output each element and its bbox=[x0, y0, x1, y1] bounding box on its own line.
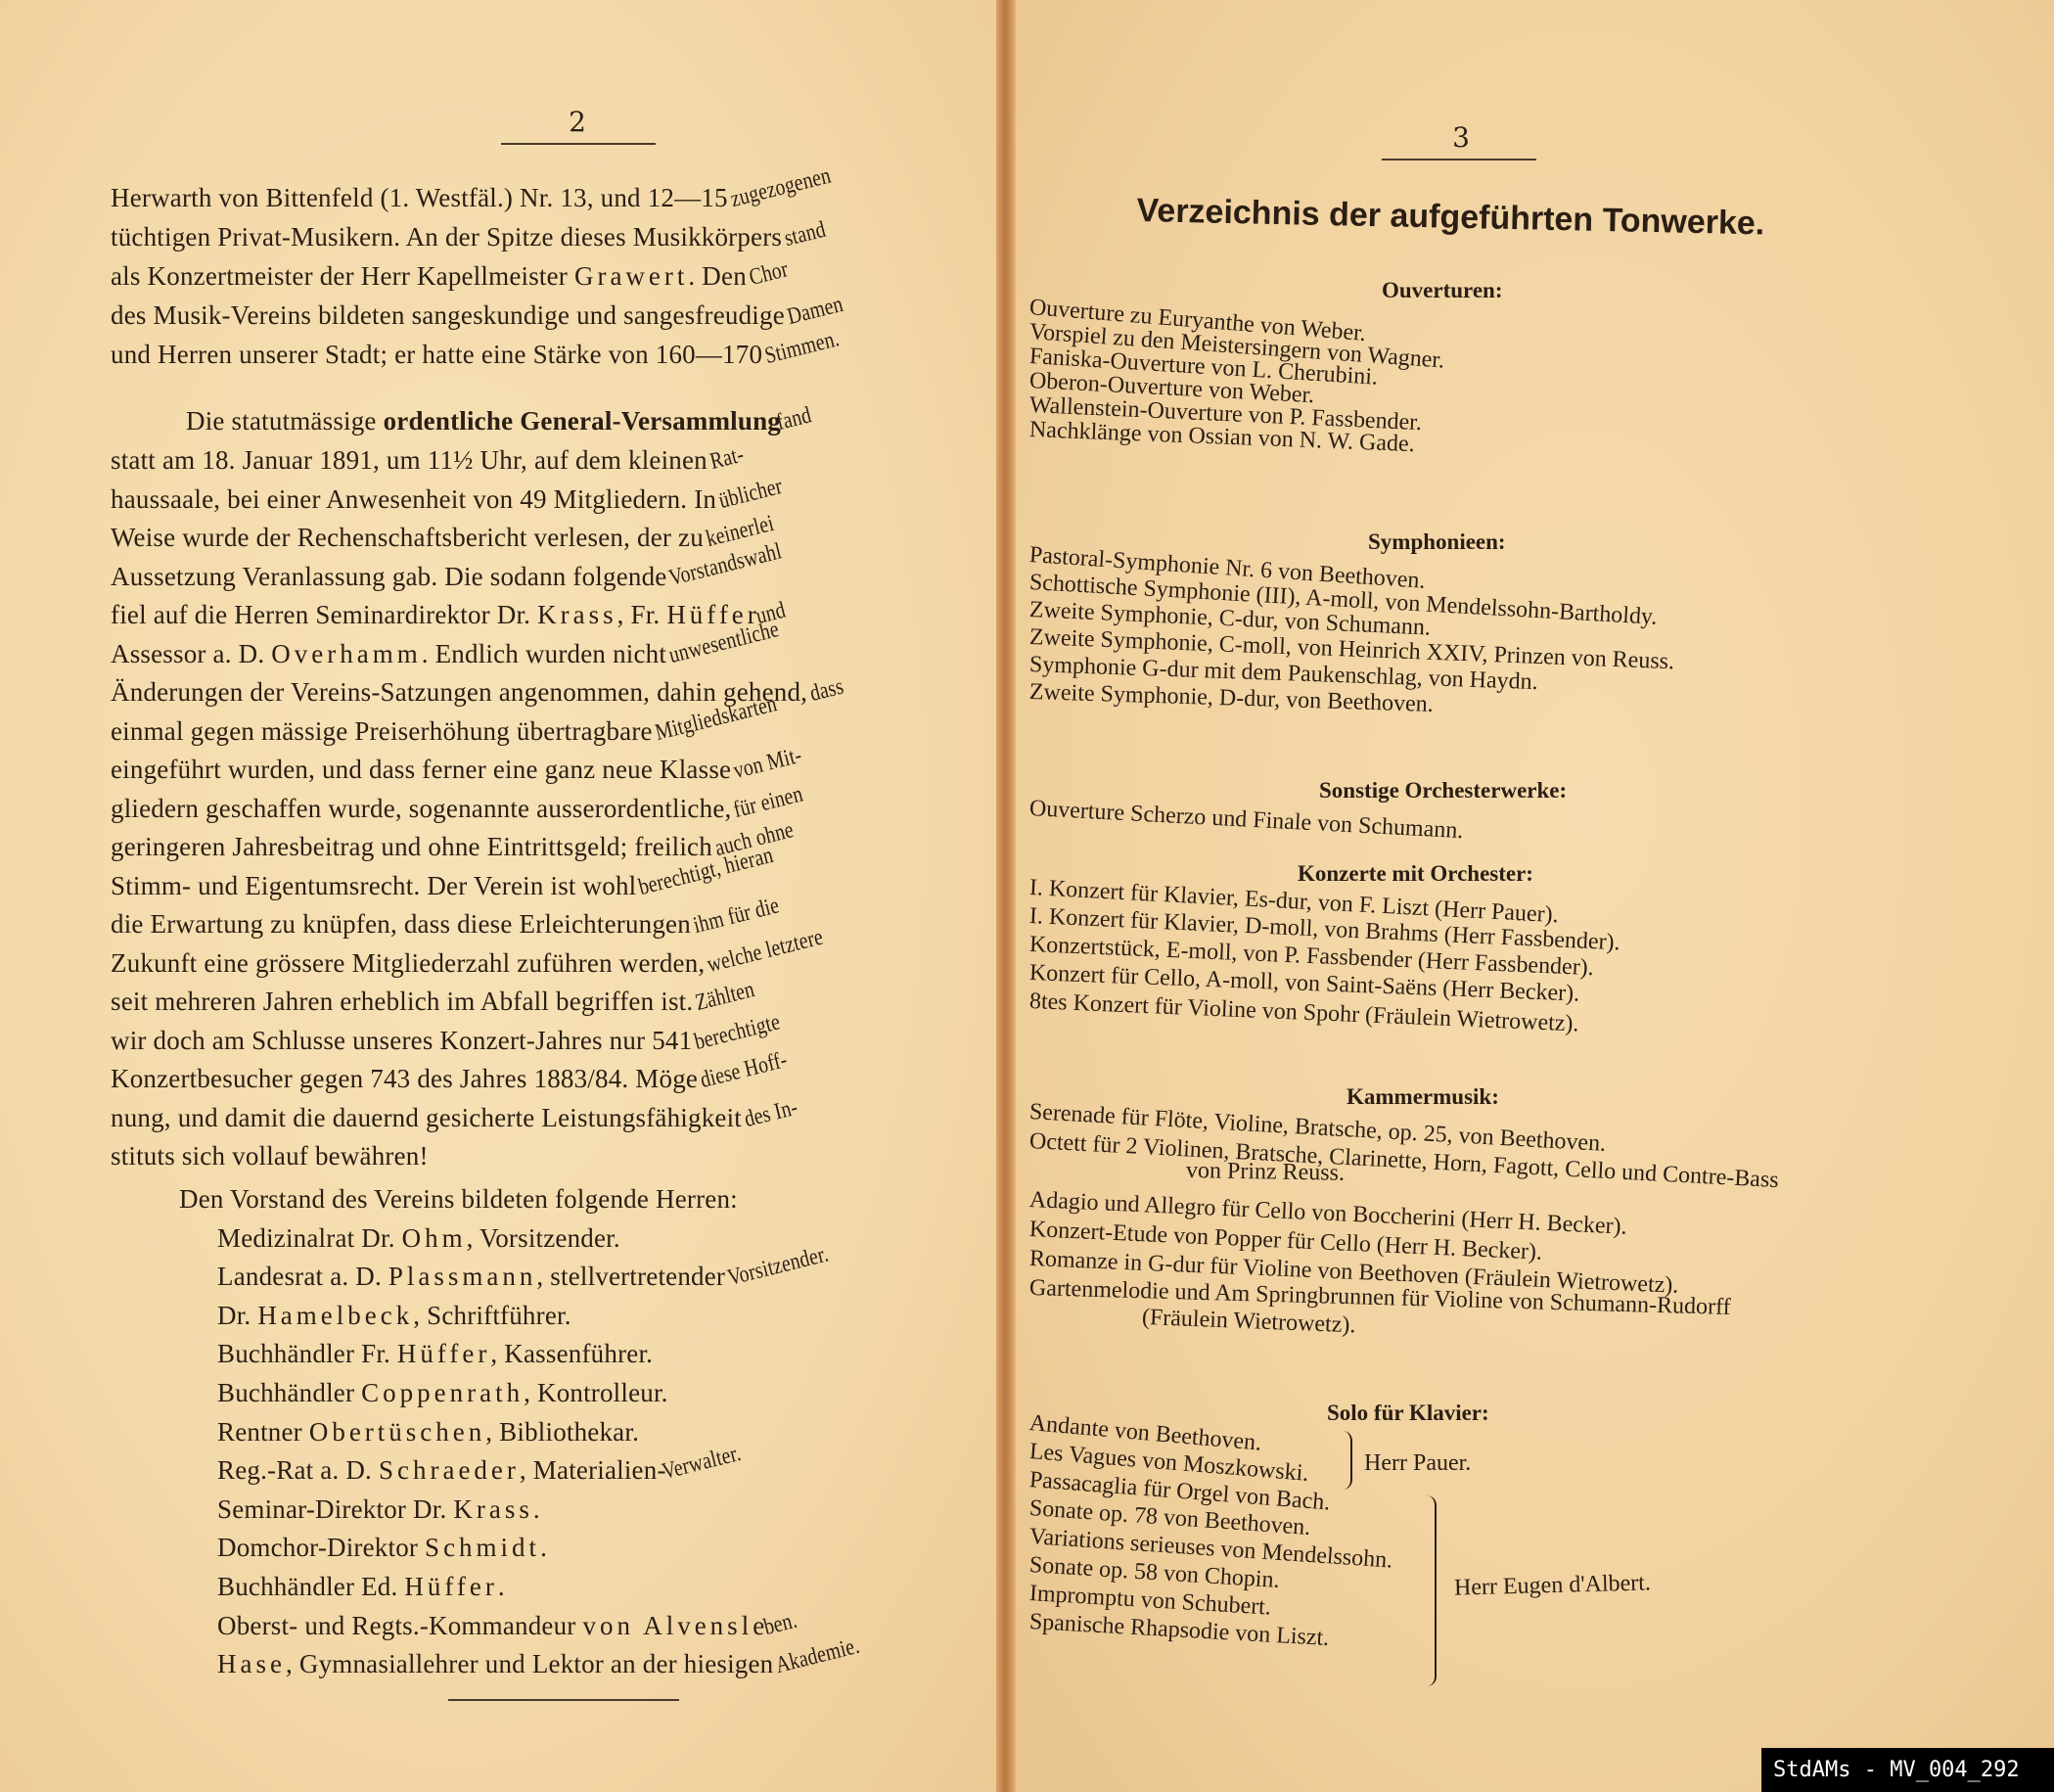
section-heading: Konzerte mit Orchester: bbox=[1298, 861, 1533, 887]
text-run: , Kontrolleur. bbox=[524, 1378, 668, 1407]
member-name: Obertüschen bbox=[309, 1417, 485, 1447]
text-run: wir doch am Schlusse unseres Konzert-Jah… bbox=[111, 1026, 699, 1055]
text-run: Seminar-Direktor Dr. bbox=[217, 1494, 453, 1524]
text-run: Die statutmässige bbox=[186, 406, 384, 436]
board-member: Buchhändler Ed. Hüffer. bbox=[217, 1571, 505, 1602]
text-run: gliedern geschaffen wurde, sogenannte au… bbox=[111, 794, 738, 823]
text-run: . bbox=[533, 1494, 540, 1524]
member-name: Hüffer bbox=[404, 1572, 497, 1601]
text-run: geringeren Jahresbeitrag und ohne Eintri… bbox=[111, 832, 719, 861]
member-name: Krass bbox=[453, 1494, 533, 1524]
body-line: einmal gegen mässige Preiserhöhung übert… bbox=[111, 715, 811, 749]
text-run: Stimm- und Eigentumsrecht. Der Verein is… bbox=[111, 871, 643, 900]
brace-bracket bbox=[1427, 1495, 1437, 1686]
header-rule-right bbox=[1382, 159, 1536, 161]
archive-label: StdAMs - MV_004_292 bbox=[1761, 1748, 2054, 1792]
board-member: Seminar-Direktor Dr. Krass. bbox=[217, 1493, 540, 1525]
spaced-name: Krass bbox=[537, 600, 617, 629]
text-run: Zukunft eine grössere Mitgliederzahl zuf… bbox=[111, 948, 711, 978]
body-line: tüchtigen Privat-Musikern. An der Spitze… bbox=[111, 221, 840, 254]
text-run: Dr. bbox=[217, 1301, 257, 1330]
text-run: und Herren unserer Stadt; er hatte eine … bbox=[111, 340, 769, 369]
board-member: Medizinalrat Dr. Ohm, Vorsitzender. bbox=[217, 1222, 620, 1254]
body-line: stituts sich vollauf bewähren! bbox=[111, 1140, 429, 1172]
text-run: Medizinalrat Dr. bbox=[217, 1223, 402, 1253]
curled-margin-text: Chor bbox=[746, 253, 792, 294]
board-member: Buchhändler Coppenrath, Kontrolleur. bbox=[217, 1377, 668, 1408]
text-run: tüchtigen Privat-Musikern. An der Spitze… bbox=[111, 222, 789, 252]
body-line: Konzertbesucher gegen 743 des Jahres 188… bbox=[111, 1063, 812, 1096]
text-run: Buchhändler Ed. bbox=[217, 1572, 404, 1601]
body-line: Weise wurde der Rechenschaftsbericht ver… bbox=[111, 522, 795, 555]
text-run: Reg.-Rat a. D. bbox=[217, 1455, 379, 1485]
page-number-left: 2 bbox=[548, 106, 607, 138]
curled-margin-text: fand bbox=[773, 399, 814, 438]
text-run: nung, und damit die dauernd gesicherte L… bbox=[111, 1103, 749, 1132]
board-member: Oberst- und Regts.-Kommandeur von Alvens… bbox=[217, 1610, 809, 1643]
member-name: von Alvensle bbox=[582, 1611, 768, 1640]
body-line: haussaale, bei einer Anwesenheit von 49 … bbox=[111, 483, 801, 517]
text-run: stituts sich vollauf bewähren! bbox=[111, 1141, 429, 1171]
body-line: nung, und damit die dauernd gesicherte L… bbox=[111, 1102, 814, 1135]
member-name: Schmidt bbox=[425, 1533, 540, 1562]
book-gutter bbox=[996, 0, 1016, 1792]
work-entry: von Prinz Reuss. bbox=[1186, 1157, 1345, 1187]
text-run: des Musik-Vereins bildeten sangeskundige… bbox=[111, 300, 792, 330]
spaced-name: Grawert bbox=[574, 261, 688, 291]
text-run: Oberst- und Regts.-Kommandeur bbox=[217, 1611, 582, 1640]
section-heading: Kammermusik: bbox=[1347, 1084, 1499, 1110]
body-line: und Herren unserer Stadt; er hatte eine … bbox=[111, 339, 861, 372]
board-member: Buchhändler Fr. Hüffer, Kassenführer. bbox=[217, 1338, 653, 1369]
text-run: Herwarth von Bittenfeld (1. Westfäl.) Nr… bbox=[111, 183, 735, 212]
member-name: Hase bbox=[217, 1649, 286, 1678]
text-run: einmal gegen mässige Preiserhöhung übert… bbox=[111, 716, 660, 746]
performer-name: Herr Eugen d'Albert. bbox=[1454, 1570, 1652, 1601]
text-run: seit mehreren Jahren erheblich im Abfall… bbox=[111, 987, 700, 1016]
body-line: eingeführt wurden, und dass ferner eine … bbox=[111, 754, 822, 787]
text-run: Buchhändler Fr. bbox=[217, 1339, 397, 1368]
text-run: eingeführt wurden, und dass ferner eine … bbox=[111, 755, 738, 784]
board-intro: Den Vorstand des Vereins bildeten folgen… bbox=[179, 1183, 738, 1215]
body-line: fiel auf die Herren Seminardirektor Dr. … bbox=[111, 599, 796, 632]
board-member: Reg.-Rat a. D. Schraeder, Materialien-Ve… bbox=[217, 1454, 764, 1488]
body-line: des Musik-Vereins bildeten sangeskundige… bbox=[111, 299, 860, 333]
text-run: , Fr. bbox=[617, 600, 667, 629]
bold-term: ordentliche General-Versammlung bbox=[384, 406, 781, 436]
page-number-right: 3 bbox=[1432, 121, 1490, 154]
text-run: Assessor a. D. bbox=[111, 639, 271, 668]
header-rule-left bbox=[501, 143, 656, 145]
board-member: Dr. Hamelbeck, Schriftführer. bbox=[217, 1300, 571, 1331]
body-line: als Konzertmeister der Herr Kapellmeiste… bbox=[111, 260, 801, 294]
text-run: , Gymnasiallehrer und Lektor an der hies… bbox=[286, 1649, 780, 1678]
section-heading: Sonstige Orchesterwerke: bbox=[1319, 778, 1567, 804]
body-line: Aussetzung Veranlassung gab. Die sodann … bbox=[111, 561, 814, 594]
text-run: . bbox=[498, 1572, 505, 1601]
member-name: Plassmann bbox=[388, 1262, 537, 1291]
text-run: Buchhändler bbox=[217, 1378, 361, 1407]
member-name: Schraeder bbox=[379, 1455, 520, 1485]
performer-name: Herr Pauer. bbox=[1364, 1450, 1471, 1477]
text-run: die Erwartung zu knüpfen, dass diese Erl… bbox=[111, 909, 698, 939]
board-member: Domchor-Direktor Schmidt. bbox=[217, 1532, 547, 1563]
member-name: Hamelbeck bbox=[257, 1301, 413, 1330]
text-run: , Bibliothekar. bbox=[485, 1417, 639, 1447]
text-run: , Kassenführer. bbox=[490, 1339, 653, 1368]
body-line: Stimm- und Eigentumsrecht. Der Verein is… bbox=[111, 870, 811, 903]
text-run: Rentner bbox=[217, 1417, 309, 1447]
body-line: wir doch am Schlusse unseres Konzert-Jah… bbox=[111, 1025, 805, 1058]
board-member: Landesrat a. D. Plassmann, stellvertrete… bbox=[217, 1261, 857, 1294]
brace-bracket bbox=[1343, 1431, 1352, 1490]
section-heading: Symphonieen: bbox=[1368, 529, 1506, 555]
footer-rule-left bbox=[448, 1699, 679, 1701]
text-run: Weise wurde der Rechenschaftsbericht ver… bbox=[111, 523, 710, 552]
board-member: Rentner Obertüschen, Bibliothekar. bbox=[217, 1416, 639, 1447]
body-line: die Erwartung zu knüpfen, dass diese Erl… bbox=[111, 908, 804, 942]
text-run: haussaale, bei einer Anwesenheit von 49 … bbox=[111, 484, 723, 514]
text-run: Aussetzung Veranlassung gab. Die sodann … bbox=[111, 562, 673, 591]
body-line: Assessor a. D. Overhamm. Endlich wurden … bbox=[111, 638, 810, 671]
section-heading: Ouverturen: bbox=[1382, 278, 1503, 303]
member-name: Ohm bbox=[402, 1223, 467, 1253]
text-run: , Schriftführer. bbox=[413, 1301, 571, 1330]
body-line: Die statutmässige ordentliche General-Ve… bbox=[186, 405, 823, 438]
body-line: gliedern geschaffen wurde, sogenannte au… bbox=[111, 793, 824, 826]
text-run: Konzertbesucher gegen 743 des Jahres 188… bbox=[111, 1064, 705, 1093]
text-run: Domchor-Direktor bbox=[217, 1533, 425, 1562]
text-run: fiel auf die Herren Seminardirektor Dr. bbox=[111, 600, 537, 629]
member-name: Hüffer bbox=[397, 1339, 490, 1368]
text-run: als Konzertmeister der Herr Kapellmeiste… bbox=[111, 261, 574, 291]
curled-margin-text: Rat- bbox=[707, 439, 747, 478]
text-run: statt am 18. Januar 1891, um 11½ Uhr, au… bbox=[111, 445, 714, 475]
text-run: , Materialien- bbox=[520, 1455, 666, 1485]
board-member: Hase, Gymnasiallehrer und Lektor an der … bbox=[217, 1648, 885, 1681]
section-heading: Solo für Klavier: bbox=[1327, 1401, 1489, 1426]
text-run: Änderungen der Vereins-Satzungen angenom… bbox=[111, 677, 814, 707]
member-name: Coppenrath bbox=[361, 1378, 524, 1407]
body-line: Herwarth von Bittenfeld (1. Westfäl.) Nr… bbox=[111, 182, 859, 215]
curled-margin-text: dass bbox=[806, 671, 846, 710]
text-run: . Endlich wurden nicht bbox=[422, 639, 673, 668]
text-run: , Vorsitzender. bbox=[467, 1223, 620, 1253]
text-run: , stellvertretender bbox=[536, 1262, 732, 1291]
text-run: Landesrat a. D. bbox=[217, 1262, 388, 1291]
body-line: seit mehreren Jahren erheblich im Abfall… bbox=[111, 986, 773, 1019]
text-run: . bbox=[540, 1533, 547, 1562]
spaced-name: Overhamm bbox=[271, 639, 421, 668]
body-line: statt am 18. Januar 1891, um 11½ Uhr, au… bbox=[111, 444, 755, 478]
text-run: . Den bbox=[688, 261, 753, 291]
